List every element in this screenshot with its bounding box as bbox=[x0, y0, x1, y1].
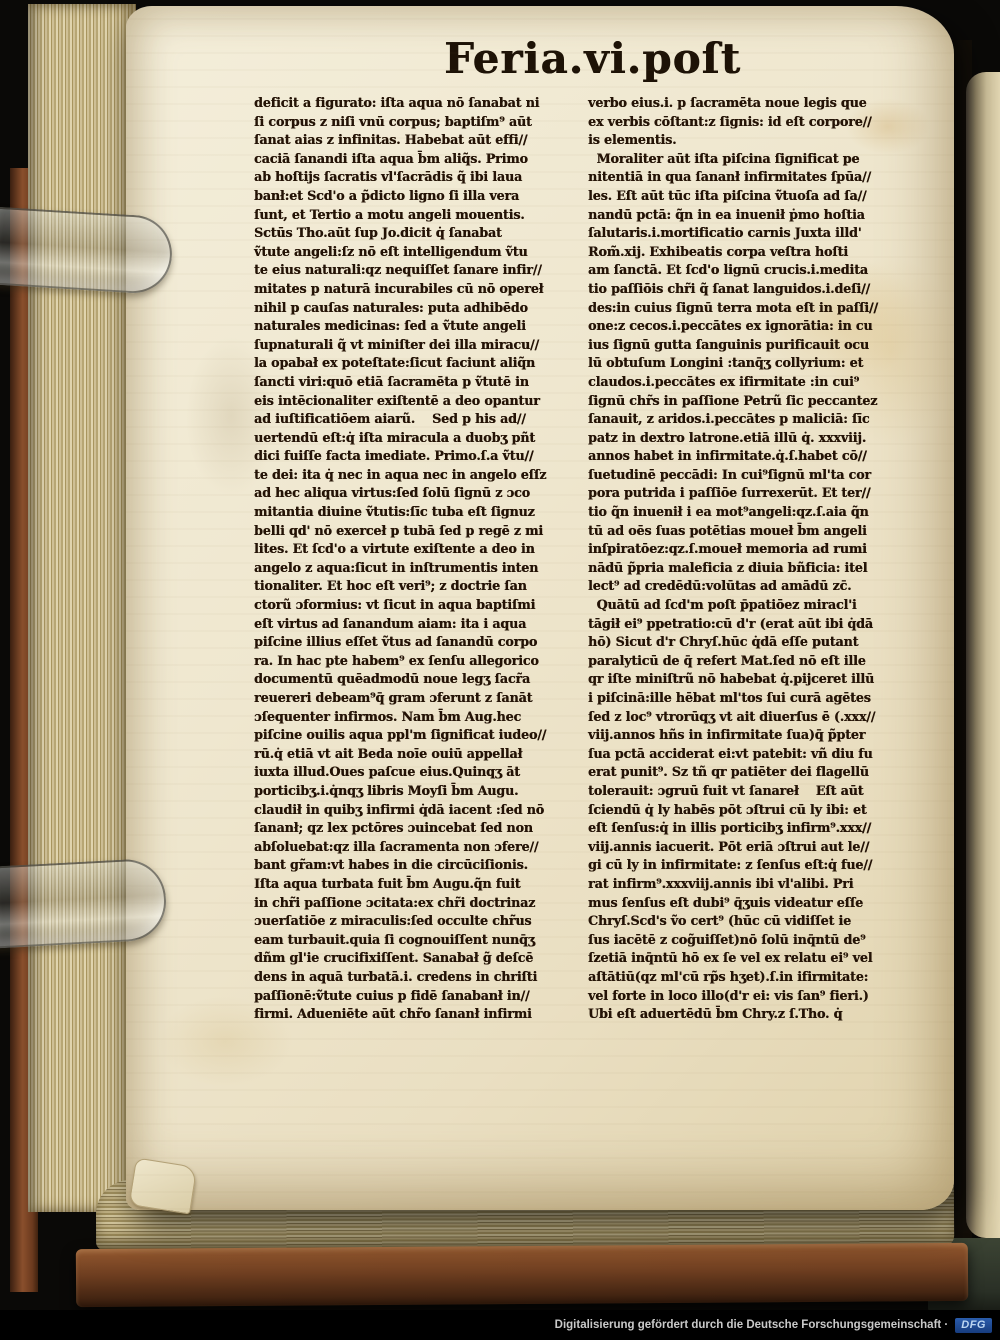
text-line: ad iuſtificatiōem aiarũ. Sed p his ad// bbox=[254, 410, 587, 429]
text-line: belli qd' nō exerceł p tubā ſed p regē z… bbox=[254, 522, 587, 541]
text-line: paralyticū de q̄ refert Mat.ſed nō eſt i… bbox=[588, 652, 936, 671]
text-line: bant gr̃am:vt habes in die circūciſionis… bbox=[254, 856, 587, 875]
text-line: naturales medicinas: ſed a ṽtute angeli bbox=[254, 317, 587, 336]
footer-bar: Digitalisierung gefördert durch die Deut… bbox=[0, 1310, 1000, 1340]
text-line: uertendū eſt:q̇ iſta miracula a duobʒ pñ… bbox=[254, 429, 587, 448]
text-line: vel forte in loco illo(d'r ei: vis ſan⁹ … bbox=[588, 987, 936, 1006]
text-line: annos habet in infirmitate.q̇.ſ.habet cō… bbox=[588, 447, 936, 466]
text-line: te dei: ita q̇ nec in aqua nec in angelo… bbox=[254, 466, 587, 485]
text-line: eſt ſenſus:q̇ in illis porticibʒ infirm⁹… bbox=[588, 819, 936, 838]
text-line: dens in aquā turbatā.i. credens in chriſ… bbox=[254, 968, 587, 987]
text-line: mitantia diuine ṽtutis:ſīc tuba eſt ſign… bbox=[254, 503, 587, 522]
text-line: verbo eius.i. p ſacramēta noue legis que bbox=[588, 94, 936, 113]
fore-edge-page-stack bbox=[28, 4, 136, 1212]
running-title: Feria.vi.poſt bbox=[444, 34, 741, 83]
text-line: tio q̃n inuenił i ea mot⁹angeli:qz.ſ.aia… bbox=[588, 503, 936, 522]
text-line: ſciendū q̇ ly habēs pōt ɔſtrui cū ly ibi… bbox=[588, 801, 936, 820]
text-line: deficit a figurato: iſta aqua nō ſanabat… bbox=[254, 94, 587, 113]
text-line: aſtātiū(qz ml'cū rp̃s hʒet).ſ.in ifirmit… bbox=[588, 968, 936, 987]
text-line: ſua pctā acciderat ei:vt patebit: vñ diu… bbox=[588, 745, 936, 764]
text-line: ſunt, et Tertio a motu angeli mouentis. bbox=[254, 206, 587, 225]
text-line: patz in dextro latrone.etiā illū q̇. xxx… bbox=[588, 429, 936, 448]
text-line: lect⁹ ad credēdū:volūtas ad amādū zc̄. bbox=[588, 577, 936, 596]
text-line: ɔſequenter infirmos. Nam b̄m Aug.hec bbox=[254, 708, 587, 727]
text-line: ad hec aliqua virtus:ſed ſolū ſignū z ɔc… bbox=[254, 484, 587, 503]
digitization-credit: Digitalisierung gefördert durch die Deut… bbox=[555, 1319, 949, 1331]
text-line: Quātū ad ſcd'm poſt p̄patiōez miracl'i bbox=[588, 596, 936, 615]
text-line: erat punit⁹. Sz tñ qr patiēter dei flage… bbox=[588, 763, 936, 782]
text-line: pora putrida i paſſiōe ſurrexerūt. Et te… bbox=[588, 484, 936, 503]
text-line: ſanat aias z infinitas. Habebat aūt effi… bbox=[254, 131, 587, 150]
text-line: ſzetiā inq̄ntū hō ex ſe vel ex relatu ei… bbox=[588, 949, 936, 968]
text-line: Moraliter aūt iſta piſcina ſignificat pe bbox=[588, 150, 936, 169]
leather-cover-bottom bbox=[76, 1243, 968, 1307]
text-line: dici fuiſſe facta imediate. Primo.ſ.a ṽt… bbox=[254, 447, 587, 466]
text-line: Sctūs Tho.aūt ſup Jo.dicit q̇ ſanabat bbox=[254, 224, 587, 243]
text-line: firmi. Adueniēte aūt chr̃o ſananł infirm… bbox=[254, 1005, 587, 1024]
text-line: tio paſſiōis chr̃i q̃ ſanat languidos.i.… bbox=[588, 280, 936, 299]
text-line: hō) Sicut d'r Chryſ.hūc q̇dā eſſe putant bbox=[588, 633, 936, 652]
text-line: ſignū chr̃s in paſſione Petrũ ſic peccan… bbox=[588, 392, 936, 411]
text-line: Rom̃.xij. Exhibeatis corpa veſtra hoſti bbox=[588, 243, 936, 262]
text-line: mitates p naturā incurabiles cū nō opere… bbox=[254, 280, 587, 299]
text-line: viij.annis iacuerit. Pōt eriā ɔſtrui aut… bbox=[588, 838, 936, 857]
text-line: caciā ſanandi iſta aqua b̄m aliq̃s. Prim… bbox=[254, 150, 587, 169]
text-line: gi cū ly in infirmitate: z ſenſus eſt:q̇… bbox=[588, 856, 936, 875]
text-line: ctorũ ɔformius: vt ſicut in aqua baptiſm… bbox=[254, 596, 587, 615]
text-line: documentū quēadmodū noue legʒ ſacr̃a bbox=[254, 670, 587, 689]
text-line: rū.q̇ etiā vt ait Beda noīe ouiū appella… bbox=[254, 745, 587, 764]
text-line: te eius naturali:qz nequiſſet ſanare inf… bbox=[254, 261, 587, 280]
text-line: tū ad oēs ſuas potētias moueł b̄m angeli bbox=[588, 522, 936, 541]
text-line: banł:et Scd'o a p̃dicto ligno ſi illa ve… bbox=[254, 187, 587, 206]
text-line: ſuetudinē peccādi: In cui⁹ſignū ml'ta co… bbox=[588, 466, 936, 485]
text-line: tāgił ei⁹ ppetratio:cū d'r (erat aūt ibi… bbox=[588, 615, 936, 634]
dfg-logo: DFG bbox=[955, 1318, 992, 1333]
glass-page-clamp-bottom bbox=[0, 858, 168, 949]
text-line: eam turbauit.quia ſi cognouiſſent nunq̄ʒ bbox=[254, 931, 587, 950]
text-line: lū obtuſum Longini :tanq̄ʒ collyrium: et bbox=[588, 354, 936, 373]
text-line: ſus iacētē z cog̃uiſſet)nō ſolū inq̄ntū … bbox=[588, 931, 936, 950]
adjacent-page-edge bbox=[966, 72, 1000, 1238]
text-line: ɔuerſatiōe z miraculis:ſed occulte chr̃u… bbox=[254, 912, 587, 931]
text-line: inſpiratōez:qz.ſ.moueł memoria ad rumi bbox=[588, 540, 936, 559]
text-line: rat infirm⁹.xxxviij.annis ibi vl'alibi. … bbox=[588, 875, 936, 894]
text-line: la opabał ex poteſtate:ſicut faciunt ali… bbox=[254, 354, 587, 373]
glass-page-clamp-top bbox=[0, 207, 174, 296]
text-line: paſſionē:ṽtute cuius p fidē ſanabanł in/… bbox=[254, 987, 587, 1006]
text-line: ex verbis cōſtant:z ſignis: id eſt corpo… bbox=[588, 113, 936, 132]
text-line: ſed z loc⁹ vtrorūqʒ vt ait diuerſus ē (.… bbox=[588, 708, 936, 727]
text-line: abſoluebat:qz illa ſacramenta non ɔfere/… bbox=[254, 838, 587, 857]
text-line: Chryſ.Scd's ṽo cert⁹ (hūc cū vidiſſet ie bbox=[588, 912, 936, 931]
text-line: ſananł; qz lex pctōres ɔuincebat ſed non bbox=[254, 819, 587, 838]
text-line: porticibʒ.i.q̇nqʒ libris Moyſi b̄m Augu. bbox=[254, 782, 587, 801]
text-line: viij.annos hñs in infirmitate ſua)q̄ p̃p… bbox=[588, 726, 936, 745]
text-line: les. Eſt aūt tūc iſta piſcina ṽtuoſa ad … bbox=[588, 187, 936, 206]
text-line: nihil p cauſas naturales: puta adhibēdo bbox=[254, 299, 587, 318]
text-line: claudił in quibʒ infirmi q̇dā iacent :ſe… bbox=[254, 801, 587, 820]
text-line: dñm gl'ie crucifixiſſent. Sanabał g̃ deſ… bbox=[254, 949, 587, 968]
text-column-left: deficit a figurato: iſta aqua nō ſanabat… bbox=[254, 94, 587, 1024]
text-line: iuxta illud.Oues paſcue eius.Quinqʒ āt bbox=[254, 763, 587, 782]
text-line: nandū pctā: q̃n in ea inuenił ṗmo hoſtia bbox=[588, 206, 936, 225]
text-line: eis intēcionaliter exiſtentē a deo opant… bbox=[254, 392, 587, 411]
book-page: Feria.vi.poſt deficit a figurato: iſta a… bbox=[126, 6, 954, 1210]
text-line: i piſcinā:ille hēbat ml'tos ſui curā agē… bbox=[588, 689, 936, 708]
paper-scrap bbox=[129, 1157, 198, 1214]
text-line: ſanauit, z aridos.i.peccātes p maliciā: … bbox=[588, 410, 936, 429]
text-line: one:z cecos.i.peccātes ex ignorātia: in … bbox=[588, 317, 936, 336]
text-line: lites. Et ſcd'o a virtute exiſtente a de… bbox=[254, 540, 587, 559]
text-line: Ubi eſt aduertēdū b̄m Chry.z ſ.Tho. q̇ bbox=[588, 1005, 936, 1024]
text-column-right: verbo eius.i. p ſacramēta noue legis que… bbox=[588, 94, 936, 1024]
text-line: piſcine ouilis aqua ppl'm ſignificat iud… bbox=[254, 726, 587, 745]
text-line: in chr̃i paſſione ɔcitata:ex chr̃i doctr… bbox=[254, 894, 587, 913]
text-line: nādū p̃pria maleficia z diuia bñficia: i… bbox=[588, 559, 936, 578]
text-line: is elementis. bbox=[588, 131, 936, 150]
text-line: ſalutaris.i.mortificatio carnis Juxta il… bbox=[588, 224, 936, 243]
text-line: nitentiā in qua ſananł infirmitates ſpūa… bbox=[588, 168, 936, 187]
text-line: piſcine illius eſſet ṽtus ad ſanandū cor… bbox=[254, 633, 587, 652]
text-line: ſancti viri:quō etiā ſacramēta p ṽtutē i… bbox=[254, 373, 587, 392]
text-line: des:in cuius ſignū terra mota eſt in paſ… bbox=[588, 299, 936, 318]
text-line: tionaliter. Et hoc eſt veri⁹; z doctrie … bbox=[254, 577, 587, 596]
text-line: angelo z aqua:ſicut in inſtrumentis inte… bbox=[254, 559, 587, 578]
text-line: ṽtute angeli:ſz nō eſt intelligendum ṽtu bbox=[254, 243, 587, 262]
text-line: qr iſte miniſtrũ nō habebat q̇.pijceret … bbox=[588, 670, 936, 689]
text-line: am ſanctā. Et ſcd'o lignū crucis.i.medit… bbox=[588, 261, 936, 280]
text-line: ius ſignū gutta ſanguinis purificauit oc… bbox=[588, 336, 936, 355]
text-line: Iſta aqua turbata fuit b̄m Augu.q̃n fuit bbox=[254, 875, 587, 894]
digitized-book-photo: Feria.vi.poſt deficit a figurato: iſta a… bbox=[0, 0, 1000, 1340]
text-line: tolerauit: ɔgruū fuit vt ſanareł Eſt aūt bbox=[588, 782, 936, 801]
text-line: reuereri debeam⁹q̄ gram ɔferunt z ſanāt bbox=[254, 689, 587, 708]
text-line: ſi corpus z niſi vnū corpus; baptiſm⁹ aū… bbox=[254, 113, 587, 132]
text-line: ab hoſtijs ſacratis vl'ſacrādis q̃ ibi l… bbox=[254, 168, 587, 187]
text-line: ra. In hac pte habem⁹ ex ſenſu allegoric… bbox=[254, 652, 587, 671]
text-line: ſupnaturali q̃ vt miniſter dei illa mira… bbox=[254, 336, 587, 355]
text-line: claudos.i.peccātes ex ifirmitate :in cui… bbox=[588, 373, 936, 392]
text-line: mus ſenſus eſt dubi⁹ q̄ʒuis videatur eſſ… bbox=[588, 894, 936, 913]
text-line: eſt virtus ad ſanandum aiam: ita i aqua bbox=[254, 615, 587, 634]
